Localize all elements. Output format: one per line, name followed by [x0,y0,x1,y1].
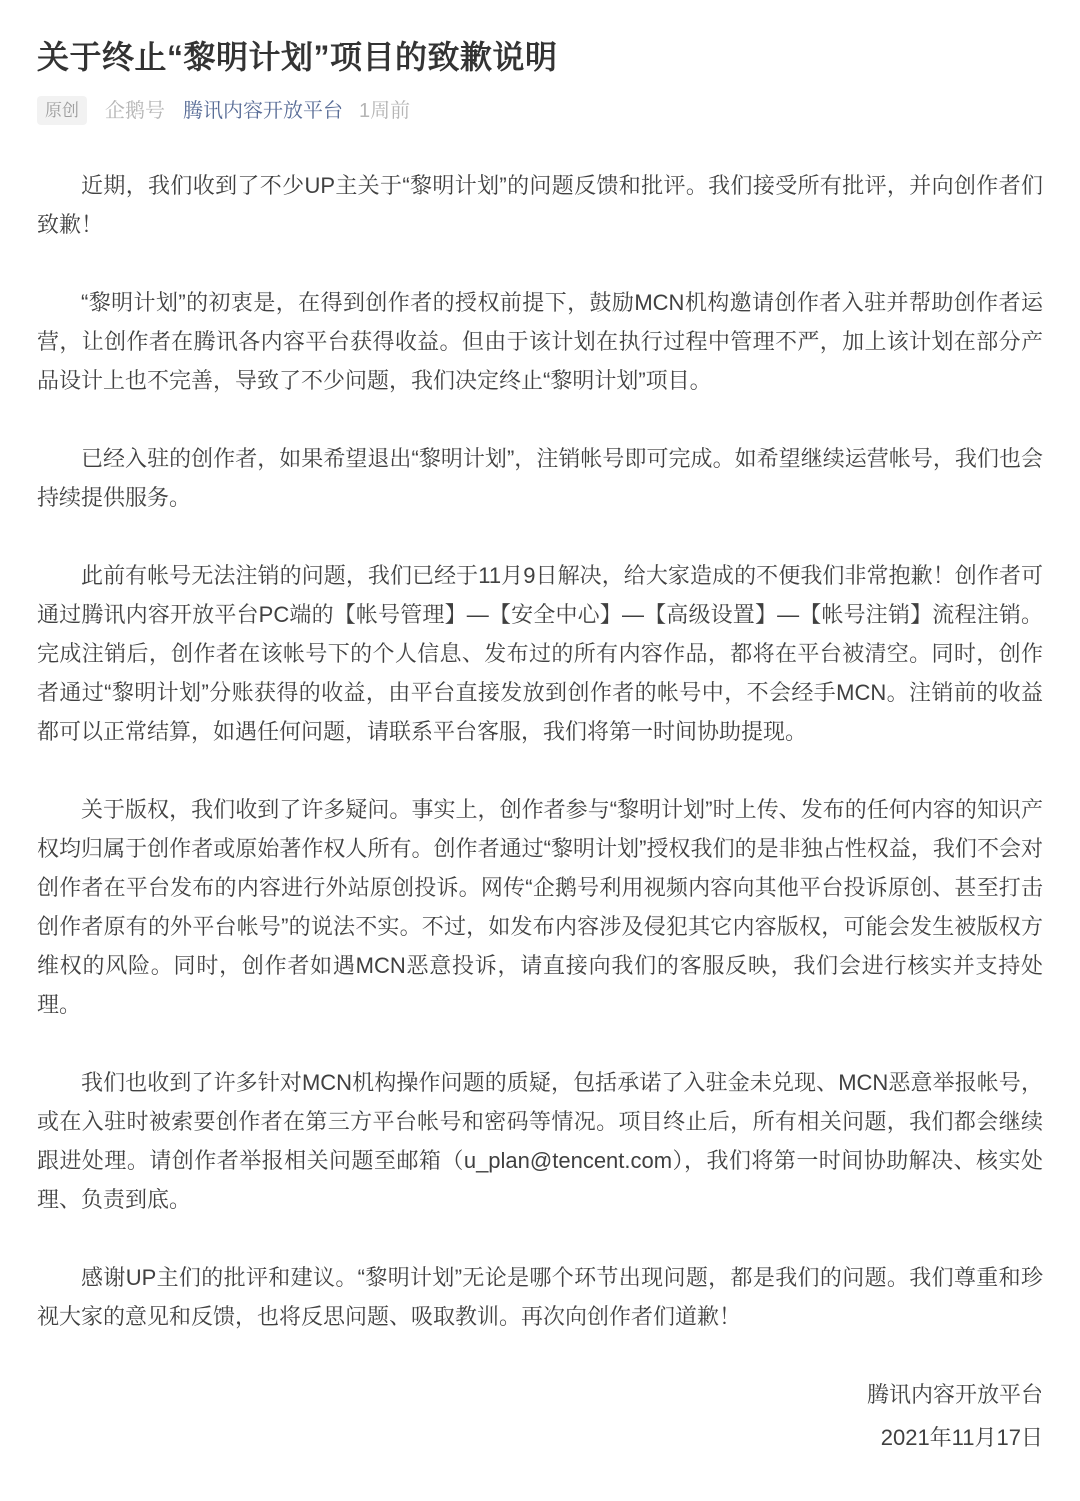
article-paragraph: 关于版权，我们收到了许多疑问。事实上，创作者参与“黎明计划”时上传、发布的任何内… [37,790,1043,1024]
article-paragraph: 我们也收到了许多针对MCN机构操作问题的质疑，包括承诺了入驻金未兑现、MCN恶意… [37,1063,1043,1219]
article-title: 关于终止“黎明计划”项目的致歉说明 [37,36,1043,79]
article-paragraph: 已经入驻的创作者，如果希望退出“黎明计划”，注销帐号即可完成。如希望继续运营帐号… [37,439,1043,517]
article-body: 近期，我们收到了不少UP主关于“黎明计划”的问题反馈和批评。我们接受所有批评，并… [37,166,1043,1336]
article-paragraph: 此前有帐号无法注销的问题，我们已经于11月9日解决，给大家造成的不便我们非常抱歉… [37,556,1043,751]
signature-date: 2021年11月17日 [37,1418,1043,1457]
publish-time: 1周前 [359,101,410,121]
original-badge: 原创 [37,96,87,125]
account-link[interactable]: 腾讯内容开放平台 [183,101,343,121]
article-paragraph: 近期，我们收到了不少UP主关于“黎明计划”的问题反馈和批评。我们接受所有批评，并… [37,166,1043,244]
article-paragraph: 感谢UP主们的批评和建议。“黎明计划”无论是哪个环节出现问题，都是我们的问题。我… [37,1258,1043,1336]
author-label: 企鹅号 [105,101,165,121]
article-page: 关于终止“黎明计划”项目的致歉说明 原创 企鹅号 腾讯内容开放平台 1周前 近期… [0,0,1080,1501]
article-meta: 原创 企鹅号 腾讯内容开放平台 1周前 [37,96,1043,125]
signature-block: 腾讯内容开放平台 2021年11月17日 [37,1375,1043,1457]
article-paragraph: “黎明计划”的初衷是，在得到创作者的授权前提下，鼓励MCN机构邀请创作者入驻并帮… [37,283,1043,400]
signature-name: 腾讯内容开放平台 [37,1375,1043,1414]
